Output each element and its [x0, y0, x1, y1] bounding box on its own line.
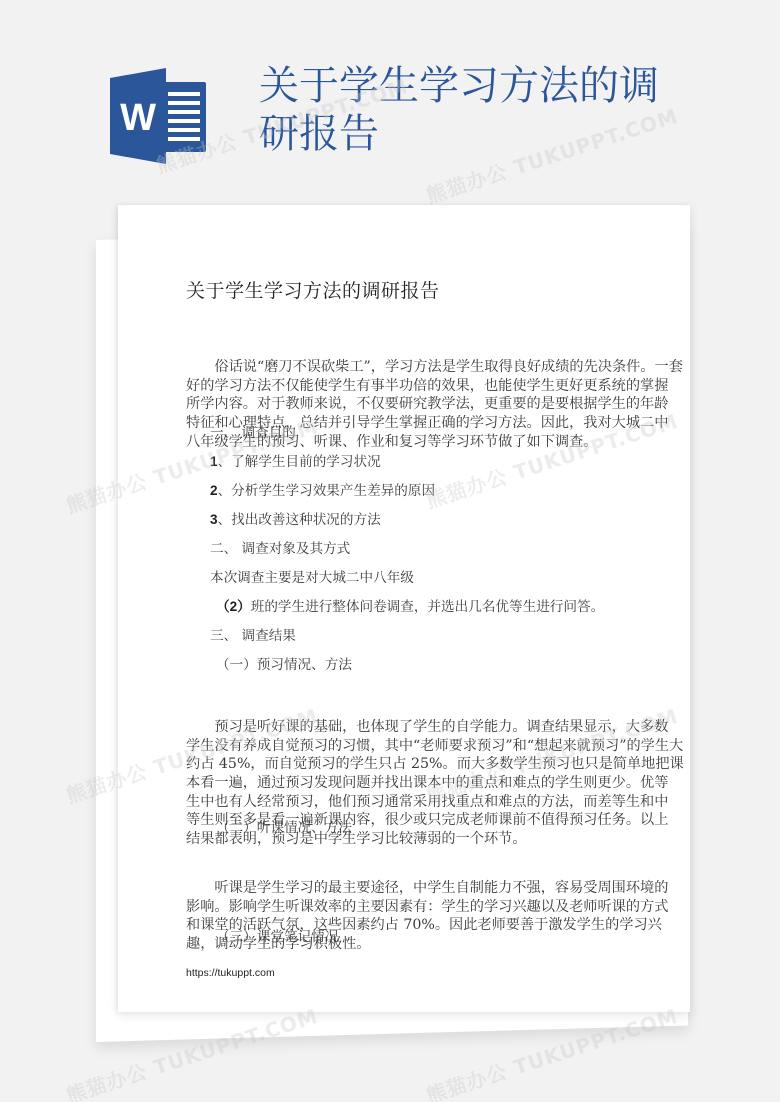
item-text: 、了解学生目前的学习状况	[218, 454, 381, 470]
purpose-item-3: 3、找出改善这种状况的方法	[210, 508, 381, 528]
section-heading-subjects: 二、 调查对象及其方式	[210, 537, 350, 557]
text-line: 好的学习方法不仅能使学生有事半功倍的效果，也能使学生更好更系统的掌握	[186, 377, 626, 396]
word-document-icon: W	[108, 68, 208, 164]
text-line: 所学内容。对于教师来说，不仅要研究教学法，更重要的是要根据学生的年龄	[186, 395, 626, 414]
purpose-item-1: 1、了解学生目前的学习状况	[210, 450, 381, 470]
subsection-heading-notes: （三）课堂笔记情况	[216, 925, 338, 945]
item-number: 3	[210, 512, 218, 527]
section-heading-purpose: 一、 调查目的	[210, 421, 296, 441]
text-line: 预习是听好课的基础，也体现了学生的自学能力。调查结果显示，大多数	[186, 718, 626, 737]
subsection-heading-listening: （二）听课情况、方法	[216, 816, 352, 836]
svg-text:W: W	[120, 97, 156, 139]
text-line: 俗话说“磨刀不误砍柴工”，学习方法是学生取得良好成绩的先决条件。一套	[186, 358, 626, 377]
subjects-line-1: 本次调查主要是对大城二中八年级	[210, 566, 414, 586]
text-line: 听课是学生学习的最主要途径，中学生自制能力不强，容易受周围环境的	[186, 879, 626, 898]
text-line: 学生没有养成自觉预习的习惯，其中“老师要求预习”和“想起来就预习”的学生大	[186, 737, 626, 756]
footer-url: https://tukuppt.com	[186, 967, 275, 979]
purpose-item-2: 2、分析学生学习效果产生差异的原因	[210, 479, 435, 499]
document-page: 关于学生学习方法的调研报告 俗话说“磨刀不误砍柴工”，学习方法是学生取得良好成绩…	[118, 205, 690, 1012]
text-line: 影响。影响学生听课效率的主要因素有：学生的学习兴趣以及老师听课的方式	[186, 898, 626, 917]
item-number: 2	[210, 483, 218, 498]
document-title: 关于学生学习方法的调研报告	[186, 276, 440, 303]
item-text: 、找出改善这种状况的方法	[218, 512, 381, 528]
hero-title-line-2: 研报告	[259, 110, 699, 158]
subsection-heading-preview: （一）预习情况、方法	[216, 653, 352, 673]
text-line: 本看一遍，通过预习发现问题并找出课本中的重点和难点的学生则更少。优等	[186, 774, 626, 793]
class-number: （2）	[216, 599, 251, 614]
hero-title-line-1: 关于学生学习方法的调	[259, 62, 699, 110]
subjects-line-2: （2）班的学生进行整体问卷调查，并选出几名优等生进行问答。	[216, 595, 604, 615]
text-line: 生中也有人经常预习，他们预习通常采用找重点和难点的方法，而差等生和中	[186, 793, 626, 812]
item-number: 1	[210, 454, 218, 469]
item-text: 、分析学生学习效果产生差异的原因	[218, 483, 436, 499]
subjects-text: 班的学生进行整体问卷调查，并选出几名优等生进行问答。	[251, 599, 604, 615]
section-heading-results: 三、 调查结果	[210, 624, 296, 644]
text-line: 约占 45%，而自觉预习的学生只占 25%。而大多数学生预习也只是简单地把课	[186, 755, 626, 774]
hero-title: 关于学生学习方法的调 研报告	[259, 62, 699, 158]
